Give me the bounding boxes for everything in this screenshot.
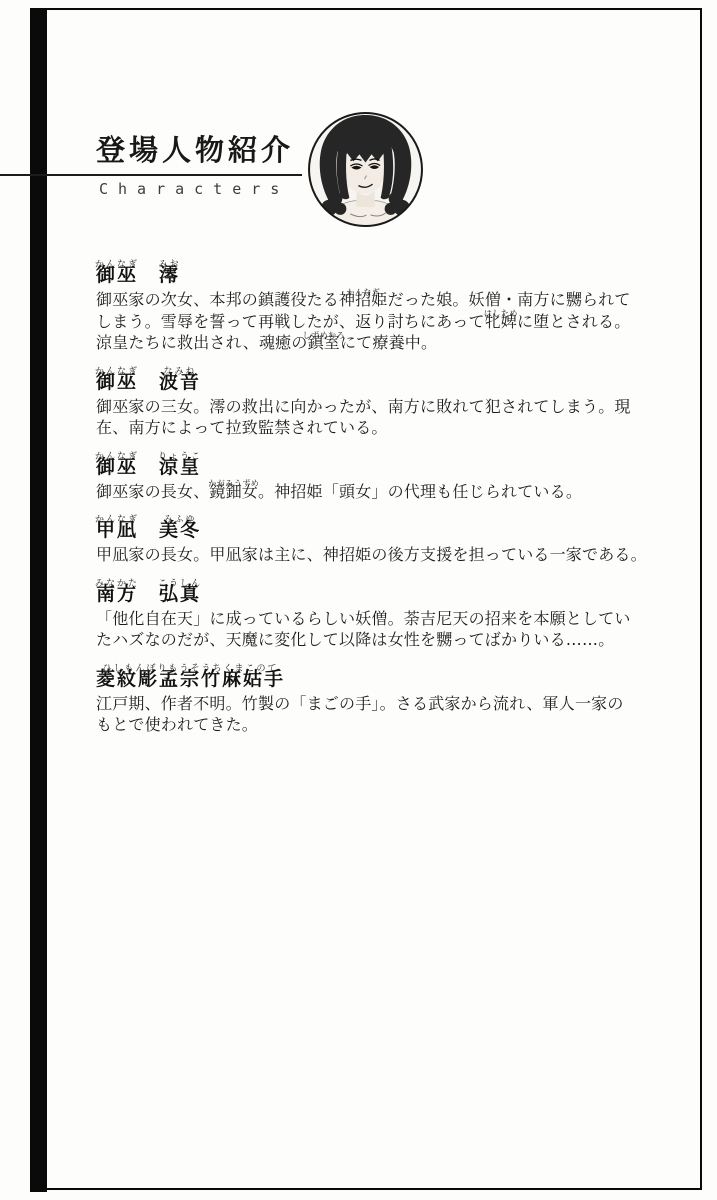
- description-line: 御巫家の次女、本邦の鎮護役たる神招姫かんなぎだった娘。妖僧・南方に嬲られて: [96, 289, 656, 311]
- description-line: 涼皇たちに救出され、魂癒の鎮室しずめむろにて療養中。: [96, 332, 656, 354]
- character-description: 御巫家の長女、鏡鈿女かがみうずめ。神招姫「頭女」の代理も任じられている。: [96, 481, 656, 503]
- character-list: 御巫かんなぎ 澪みお 御巫家の次女、本邦の鎮護役たる神招姫かんなぎだった娘。妖僧…: [96, 254, 656, 743]
- character-entry: 菱紋彫孟宗竹麻姑手ひしもんぼりもうそうちくまこのて 江戸期、作者不明。竹製の「ま…: [96, 658, 656, 736]
- description-line: しまう。雪辱を誓って再戦したが、返り討ちにあって牝婢はしために堕とされる。: [96, 311, 656, 333]
- character-name: 御巫かんなぎ 波音なみね: [96, 361, 656, 393]
- character-entry: 南方みなかた 弘真こうしん 「他化自在天」に成っているらしい妖僧。荼吉尼天の招来…: [96, 573, 656, 651]
- description-line: 御巫家の長女、鏡鈿女かがみうずめ。神招姫「頭女」の代理も任じられている。: [96, 481, 656, 503]
- character-entry: 御巫かんなぎ 涼皇りょうこ 御巫家の長女、鏡鈿女かがみうずめ。神招姫「頭女」の代…: [96, 446, 656, 503]
- character-name: 菱紋彫孟宗竹麻姑手ひしもんぼりもうそうちくまこのて: [96, 658, 656, 690]
- page-subtitle-latin: Characters: [99, 180, 289, 198]
- character-description: 甲凪家の長女。甲凪家は主に、神招姫の後方支援を担っている一家である。: [96, 544, 656, 566]
- character-name: 甲凪かんなぎ 美冬みふゆ: [96, 509, 656, 541]
- character-portrait: [306, 110, 425, 229]
- description-line: 御巫家の三女。澪の救出に向かったが、南方に敗れて犯されてしまう。現: [96, 396, 656, 418]
- character-name: 南方みなかた 弘真こうしん: [96, 573, 656, 605]
- character-entry: 甲凪かんなぎ 美冬みふゆ 甲凪家の長女。甲凪家は主に、神招姫の後方支援を担ってい…: [96, 509, 656, 566]
- description-line: 甲凪家の長女。甲凪家は主に、神招姫の後方支援を担っている一家である。: [96, 544, 656, 566]
- character-entry: 御巫かんなぎ 波音なみね 御巫家の三女。澪の救出に向かったが、南方に敗れて犯され…: [96, 361, 656, 439]
- character-description: 「他化自在天」に成っているらしい妖僧。荼吉尼天の招来を本願としてい たハズなのだ…: [96, 608, 656, 651]
- character-entry: 御巫かんなぎ 澪みお 御巫家の次女、本邦の鎮護役たる神招姫かんなぎだった娘。妖僧…: [96, 254, 656, 354]
- character-description: 御巫家の三女。澪の救出に向かったが、南方に敗れて犯されてしまう。現 在、南方によ…: [96, 396, 656, 439]
- character-description: 御巫家の次女、本邦の鎮護役たる神招姫かんなぎだった娘。妖僧・南方に嬲られて しま…: [96, 289, 656, 354]
- description-line: 「他化自在天」に成っているらしい妖僧。荼吉尼天の招来を本願としてい: [96, 608, 656, 630]
- page-frame-left-bar: [30, 8, 47, 1192]
- character-description: 江戸期、作者不明。竹製の「まごの手」。さる武家から流れ、軍人一家の もとで使われ…: [96, 693, 656, 736]
- title-divider: [0, 174, 302, 176]
- character-intro-page: 登場人物紹介 Characters: [0, 0, 717, 1200]
- description-line: 江戸期、作者不明。竹製の「まごの手」。さる武家から流れ、軍人一家の: [96, 693, 656, 715]
- character-name: 御巫かんなぎ 涼皇りょうこ: [96, 446, 656, 478]
- portrait-illustration: [306, 110, 425, 229]
- description-line: たハズなのだが、天魔に変化して以降は女性を嬲ってばかりいる……。: [96, 629, 656, 651]
- page-title: 登場人物紹介: [96, 133, 294, 167]
- description-line: もとで使われてきた。: [96, 714, 656, 736]
- description-line: 在、南方によって拉致監禁されている。: [96, 417, 656, 439]
